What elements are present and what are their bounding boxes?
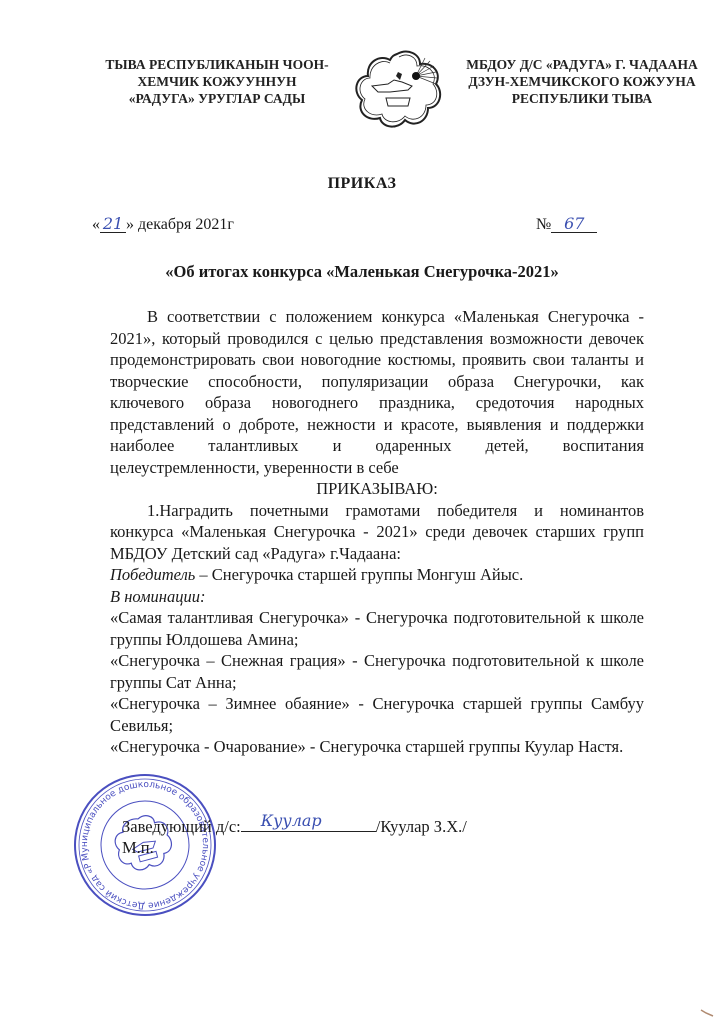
- header-left-line: ХЕМЧИК КОЖУУННУН: [92, 73, 342, 90]
- document-title: ПРИКАЗ: [0, 175, 724, 193]
- signature-position: Заведующий д/с:: [122, 817, 241, 836]
- document-body: В соответствии с положением конкурса «Ма…: [110, 306, 644, 758]
- winner-text: – Снегурочка старшей группы Монгуш Айыс.: [195, 565, 523, 584]
- nomination-item: «Снегурочка - Очарование» - Снегурочка с…: [110, 736, 644, 758]
- winner-line: Победитель – Снегурочка старшей группы М…: [110, 564, 644, 586]
- header-right-line: ДЗУН-ХЕМЧИКСКОГО КОЖУУНА: [462, 73, 702, 90]
- order-date: «21» декабря 2021г: [92, 216, 234, 234]
- header-left-line: «РАДУГА» УРУГЛАР САДЫ: [92, 90, 342, 107]
- signature-line: Заведующий д/с:Куулар/Куулар З.Х./: [122, 815, 467, 837]
- signature-handwritten: Куулар: [261, 811, 322, 830]
- nominations-label: В номинации:: [110, 586, 644, 608]
- document-subject: «Об итогах конкурса «Маленькая Снегурочк…: [0, 262, 724, 282]
- date-open-quote: «: [92, 216, 100, 233]
- order-word: ПРИКАЗЫВАЮ:: [110, 478, 644, 500]
- date-day-field: 21: [100, 216, 126, 233]
- number-field: 67: [551, 216, 597, 233]
- nomination-item: «Снегурочка – Снежная грация» - Снегуроч…: [110, 650, 644, 693]
- header-right-org: МБДОУ Д/С «РАДУГА» Г. ЧАДААНА ДЗУН-ХЕМЧИ…: [462, 56, 702, 107]
- header-right-line: РЕСПУБЛИКИ ТЫВА: [462, 90, 702, 107]
- signature-field: Куулар: [241, 815, 376, 832]
- nomination-item: «Снегурочка – Зимнее обаяние» - Снегуроч…: [110, 693, 644, 736]
- header-left-org: ТЫВА РЕСПУБЛИКАНЫН ЧООН- ХЕМЧИК КОЖУУННУ…: [92, 56, 342, 107]
- header-right-line: МБДОУ Д/С «РАДУГА» Г. ЧАДААНА: [462, 56, 702, 73]
- signature-name: /Куулар З.Х./: [376, 817, 467, 836]
- scan-artifact: [700, 1004, 714, 1012]
- seal-place-label: М.п.: [122, 838, 154, 858]
- date-day-handwritten: 21: [103, 214, 123, 233]
- preamble-paragraph: В соответствии с положением конкурса «Ма…: [110, 306, 644, 478]
- number-label: №: [536, 216, 551, 233]
- header-left-line: ТЫВА РЕСПУБЛИКАНЫН ЧООН-: [92, 56, 342, 73]
- order-item-1: 1.Наградить почетными грамотами победите…: [110, 500, 644, 565]
- nomination-item: «Самая талантливая Снегурочка» - Снегуро…: [110, 607, 644, 650]
- winner-label: Победитель: [110, 565, 195, 584]
- number-handwritten: 67: [564, 214, 584, 233]
- date-rest: » декабря 2021г: [126, 216, 234, 233]
- tuva-emblem-icon: [350, 46, 445, 131]
- order-number: №67: [536, 216, 597, 234]
